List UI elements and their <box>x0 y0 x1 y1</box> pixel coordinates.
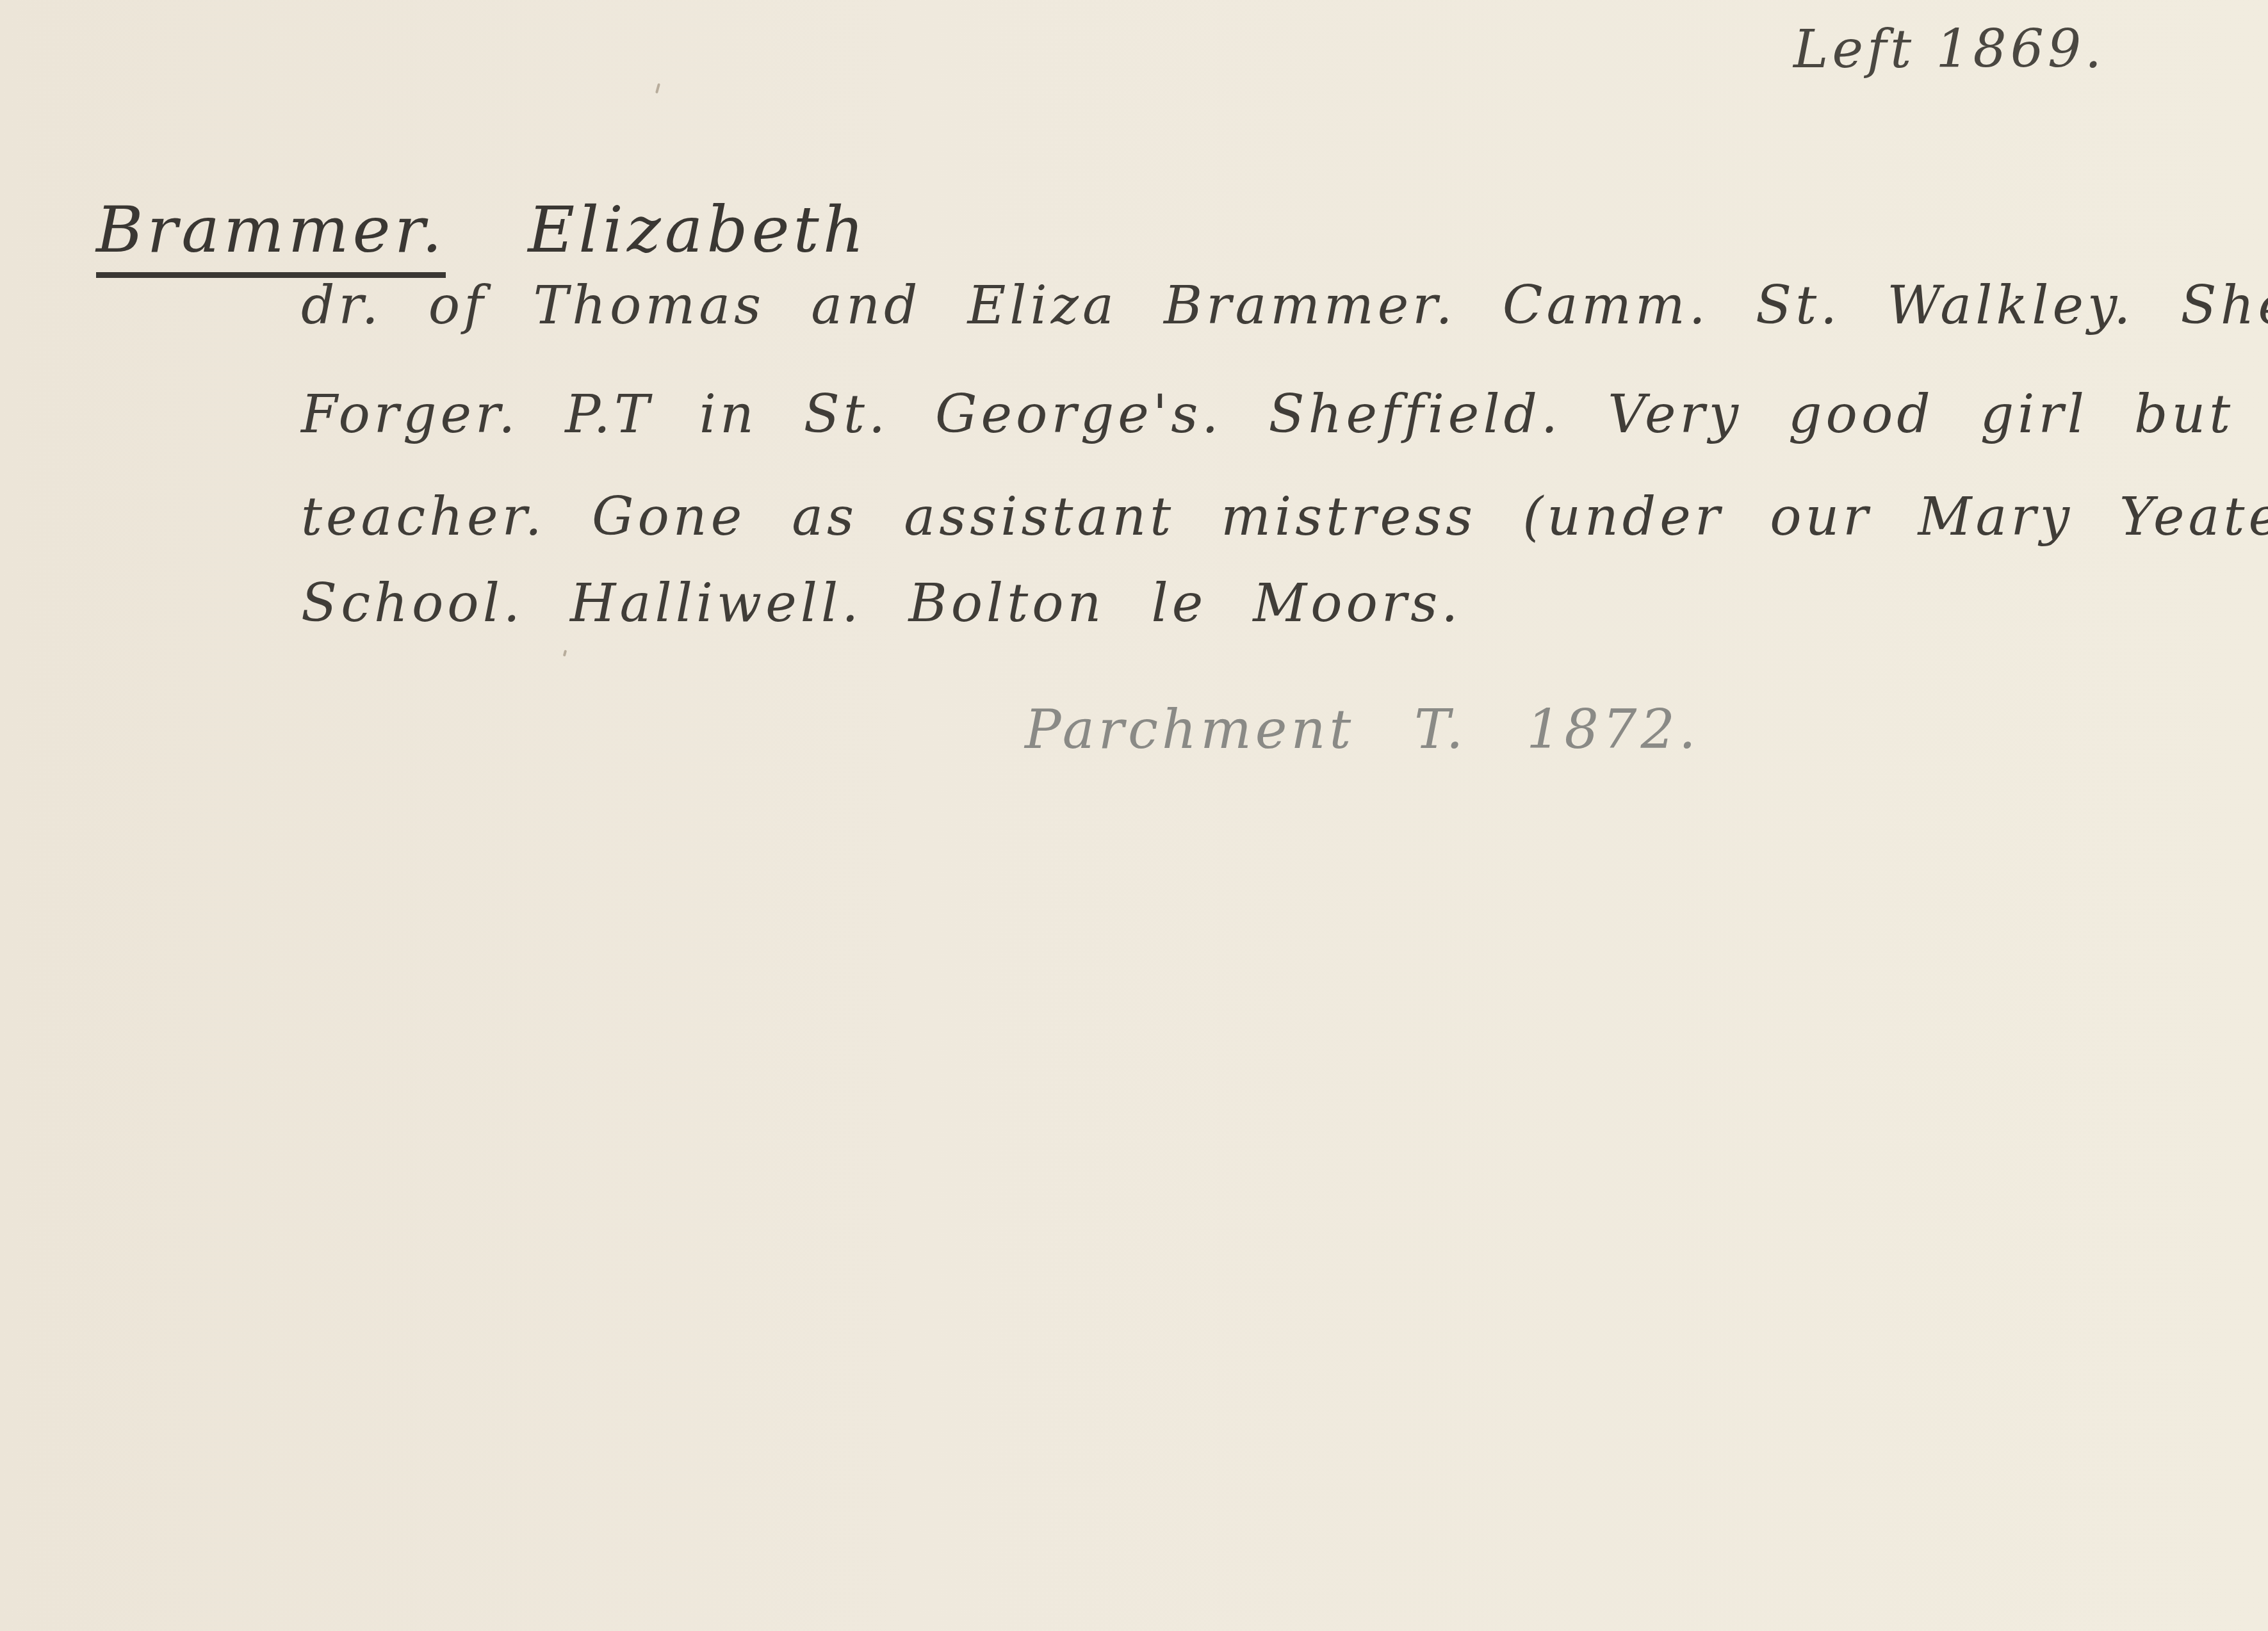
entry-heading: Brammer. Elizabeth <box>96 192 868 278</box>
entry-line-4: School. Halliwell. Bolton le Moors. <box>301 573 1462 634</box>
surname: Brammer. <box>96 192 446 278</box>
entry-line-2: Forger. P.T in St. George's. Sheffield. … <box>301 384 2268 445</box>
left-label: Left <box>1793 19 1915 80</box>
left-year: 1869. <box>1936 19 2105 80</box>
paper-speck <box>655 83 660 93</box>
entry-line-3: teacher. Gone as assistant mistress (und… <box>301 487 2268 548</box>
paper-speck <box>563 650 567 657</box>
entry-line-1: dr. of Thomas and Eliza Brammer. Camm. S… <box>301 275 2268 336</box>
register-page: Left 1869. Brammer. Elizabeth dr. of Tho… <box>0 0 2268 1631</box>
parchment-note: Parchment T. 1872. <box>1025 698 1700 761</box>
left-date: Left 1869. <box>1793 19 2105 80</box>
forename: Elizabeth <box>528 192 868 267</box>
